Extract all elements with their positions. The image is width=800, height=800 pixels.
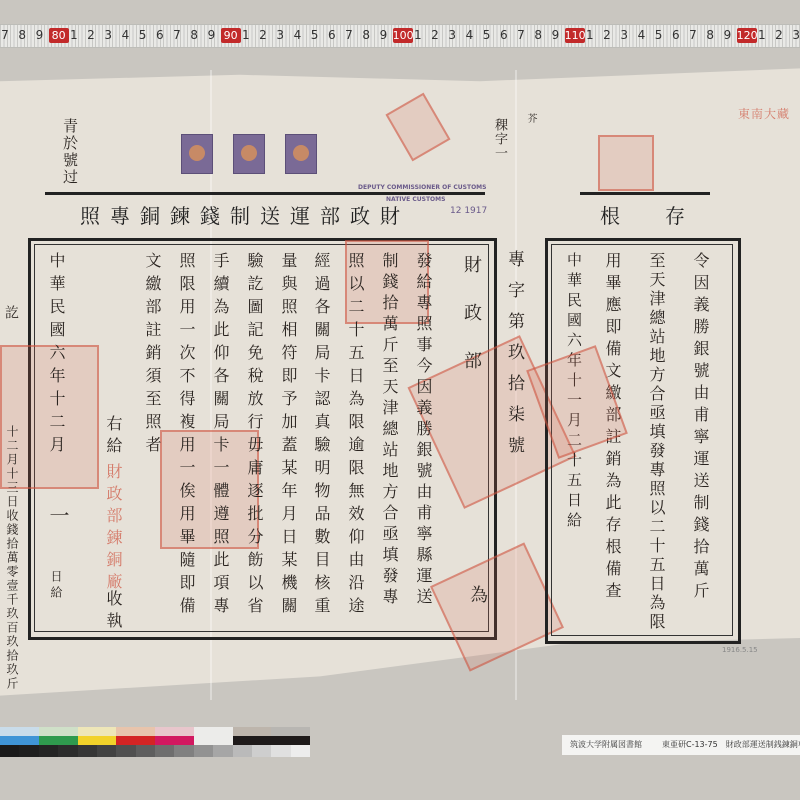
color-swatch [194, 736, 233, 745]
ruler-number: 1 [238, 28, 254, 42]
ruler-number: 4 [633, 28, 649, 42]
color-swatch [136, 745, 155, 757]
ruler-number: 8 [14, 28, 30, 42]
ruler-number: 7 [0, 28, 13, 42]
ruler-number: 7 [169, 28, 185, 42]
ruler-number: 2 [83, 28, 99, 42]
ruler-number: 6 [668, 28, 684, 42]
stub-title-band [580, 192, 710, 195]
color-swatch [39, 727, 78, 736]
left-margin-note: 十二月十三日收錢拾萬零壹千玖百玖拾玖斤 [6, 425, 18, 691]
ruler-number: 3 [444, 28, 460, 42]
color-swatch [19, 745, 38, 757]
ruler-number: 5 [479, 28, 495, 42]
color-swatch [116, 736, 155, 745]
color-swatch [155, 745, 174, 757]
license-day-mark: 一 [48, 505, 68, 527]
serial-number: 專字第玖拾柒號 [505, 250, 522, 467]
color-swatch [0, 736, 39, 745]
ruler-number: 7 [685, 28, 701, 42]
color-swatch [78, 727, 117, 736]
ruler-number: 2 [599, 28, 615, 42]
stub-title: 存根 [600, 200, 730, 229]
license-day-suffix: 日給 [50, 570, 62, 602]
color-swatch [233, 736, 272, 745]
ruler-number: 9 [203, 28, 219, 42]
color-swatch [0, 745, 19, 757]
ruler-number: 2 [255, 28, 271, 42]
top-left-annotation: 青於號过 [62, 118, 77, 186]
color-swatch [155, 736, 194, 745]
ruler-number: 3 [100, 28, 116, 42]
color-swatch [116, 727, 155, 736]
revenue-stamp [233, 134, 265, 174]
ruler-number: 3 [788, 28, 800, 42]
color-swatch [0, 727, 39, 736]
ruler-number: 7 [341, 28, 357, 42]
ruler-number: 8 [530, 28, 546, 42]
ruler-number: 9 [31, 28, 47, 42]
license-title: 財政部運送制錢鍊銅專照 [80, 200, 410, 229]
ruler-number: 1 [66, 28, 82, 42]
recipient-suffix: 收執 [105, 590, 121, 634]
recipient-name-stamp: 財政部鍊銅廠 [105, 463, 121, 595]
ruler-number: 5 [651, 28, 667, 42]
pencil-mark: 1916.5.15 [722, 646, 758, 654]
ruler-number: 9 [375, 28, 391, 42]
ruler-number: 6 [496, 28, 512, 42]
ruler-number: 4 [289, 28, 305, 42]
color-swatch [194, 745, 213, 757]
ruler-number: 7 [513, 28, 529, 42]
revenue-stamp [181, 134, 213, 174]
ruler-number: 8 [358, 28, 374, 42]
ruler-number: 2 [771, 28, 787, 42]
small-mark: 芥 [525, 113, 535, 124]
color-swatch [58, 745, 77, 757]
color-swatch [116, 745, 135, 757]
ruler-number: 4 [117, 28, 133, 42]
catalog-label: 東亜研C-13-75 財政部運送制銭錬銅専照・存 [654, 735, 800, 755]
stub-body-col-2: 至天津總站地方合亟填發專照以二十五日為限 [648, 252, 664, 632]
ruler-number: 9 [719, 28, 735, 42]
color-swatch [78, 745, 97, 757]
color-swatch [271, 727, 310, 736]
ruler-number: 5 [307, 28, 323, 42]
license-body-col-3: 照以二十五日為限逾限無效仰由沿途 [347, 252, 363, 620]
ruler-number: 3 [272, 28, 288, 42]
wei-character: 為 [468, 585, 486, 605]
library-label: 筑波大学附属図書館 [562, 735, 668, 755]
ruler-number: 1 [582, 28, 598, 42]
color-swatch [213, 745, 232, 757]
stub-body-col-1: 令因義勝銀號由甫寧運送制錢拾萬斤 [692, 252, 708, 604]
red-corner-note: 東南大藏 [738, 108, 790, 120]
issuer-column: 財政部 [462, 255, 480, 399]
ruler-number: 8 [186, 28, 202, 42]
license-body-col-7: 手續為此仰各關局卡一體遵照此項專 [212, 252, 228, 620]
left-edge-char: 訖 [4, 305, 18, 320]
ruler-number: 6 [324, 28, 340, 42]
color-swatch [97, 745, 116, 757]
ruler-number: 1 [410, 28, 426, 42]
license-body-col-6: 驗訖圖記免稅放行毋庸逐批分飭以省 [246, 252, 262, 620]
revenue-stamp [285, 134, 317, 174]
right-top-annotation: 稞字一 [493, 118, 506, 160]
license-body-col-5: 量與照相符即予加蓋某年月日某機關 [280, 252, 296, 620]
license-body-col-9: 文繳部註銷須至照者 [144, 252, 160, 459]
ruler-number: 8 [702, 28, 718, 42]
license-body-col-8: 照限用一次不得複用一俟用畢隨即備 [178, 252, 194, 620]
license-body-col-4: 經過各關局卡認真驗明物品數目核重 [313, 252, 329, 620]
color-calibration-chart [0, 727, 310, 763]
ruler-number: 6 [152, 28, 168, 42]
customs-stamp-line1: DEPUTY COMMISSIONER OF CUSTOMS [358, 184, 486, 191]
color-swatch [155, 727, 194, 736]
ruler-number: 3 [616, 28, 632, 42]
color-swatch [252, 745, 271, 757]
color-swatch [78, 736, 117, 745]
ruler-number: 2 [427, 28, 443, 42]
color-swatch [291, 745, 310, 757]
ruler-number: 1 [754, 28, 770, 42]
color-swatch [233, 727, 272, 736]
color-swatch [194, 727, 233, 736]
red-seal [598, 135, 654, 191]
color-swatch [39, 736, 78, 745]
license-body-col-1: 發給專照事今因義勝銀號由甫寧縣運送 [415, 252, 431, 609]
measuring-ruler: 7898012345678990123456789100123456789110… [0, 24, 800, 48]
color-swatch [39, 745, 58, 757]
color-swatch [271, 736, 310, 745]
ruler-number: 5 [135, 28, 151, 42]
recipient-label: 右給 [105, 415, 121, 459]
license-body-col-2: 制錢拾萬斤至天津總站地方合亟填發專 [381, 252, 397, 609]
ruler-number: 9 [547, 28, 563, 42]
license-date: 中華民國六年十二月 [48, 252, 64, 459]
color-swatch [233, 745, 252, 757]
color-swatch [174, 745, 193, 757]
ruler-number: 4 [461, 28, 477, 42]
color-swatch [271, 745, 290, 757]
